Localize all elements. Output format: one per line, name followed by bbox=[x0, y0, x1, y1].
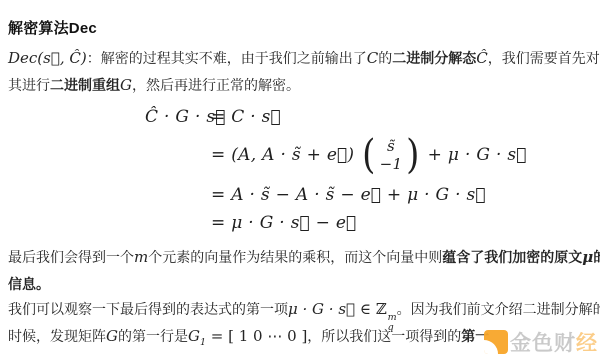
intro-paragraph: Dec(s⃗, Ĉ)：解密的过程其实不难，由于我们之前输出了C的二进制分解态Ĉ，… bbox=[8, 45, 600, 99]
equation-rhs-3: = A · s̃ − A · s̃ − e⃗ + μ · G · s⃗ bbox=[211, 185, 486, 205]
jinse-watermark: 金色财经 bbox=[484, 327, 598, 357]
right-paren: ) bbox=[407, 135, 420, 175]
equation-rhs-2-pre: = (A, A · s̃ + e⃗) bbox=[211, 145, 360, 165]
equation-line-3: = A · s̃ − A · s̃ − e⃗ + μ · G · s⃗ bbox=[145, 182, 527, 207]
equation-line-2: = (A, A · s̃ + e⃗) (s̃−1) + μ · G · s⃗ bbox=[145, 132, 527, 178]
equation-block: Ĉ · G · s⃗= C · s⃗ = (A, A · s̃ + e⃗) (s… bbox=[145, 104, 527, 238]
equation-lhs: Ĉ · G · s⃗ bbox=[145, 107, 211, 127]
left-paren: ( bbox=[362, 135, 375, 175]
page-title: 解密算法Dec bbox=[8, 17, 97, 38]
equation-line-1: Ĉ · G · s⃗= C · s⃗ bbox=[145, 104, 527, 129]
result-paragraph: 最后我们会得到一个m个元素的向量作为结果的乘积，而这个向量中则蕴含了我们加密的原… bbox=[8, 244, 600, 298]
equation-rhs-2-post: + μ · G · s⃗ bbox=[422, 145, 527, 165]
equation-rhs-1: = C · s⃗ bbox=[211, 107, 281, 127]
jinse-logo-icon bbox=[484, 330, 508, 354]
vector-top: s̃ bbox=[387, 137, 395, 155]
equation-rhs-4: = μ · G · s⃗ − e⃗ bbox=[211, 213, 356, 233]
column-vector: s̃−1 bbox=[378, 137, 405, 173]
equation-line-4: = μ · G · s⃗ − e⃗ bbox=[145, 210, 527, 235]
vector-bottom: −1 bbox=[380, 155, 403, 173]
watermark-text: 金色财经 bbox=[510, 327, 598, 357]
